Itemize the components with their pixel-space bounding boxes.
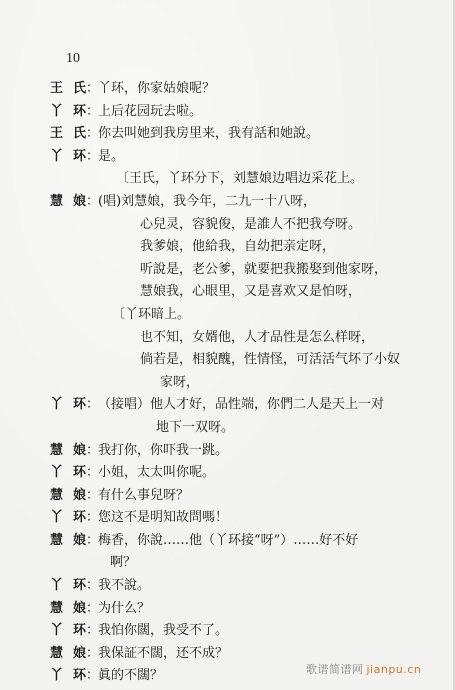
watermark: 歌谱简谱网jianpu.cn bbox=[306, 661, 421, 677]
script-line: 啊？ bbox=[0, 552, 455, 575]
speaker-char: 慧 bbox=[50, 191, 63, 214]
speaker-char: 环 bbox=[73, 394, 86, 417]
script-line: 〔丫环暗上。 bbox=[0, 304, 455, 327]
dialogue-text: 你去叫她到我房里来，我有話和她說。 bbox=[98, 123, 319, 146]
speaker-char: 氏 bbox=[73, 78, 86, 101]
dialogue-text: 是。 bbox=[98, 146, 124, 169]
dialogue-text: 我保証不闊，还不成？ bbox=[98, 643, 228, 666]
speaker-char: 娘 bbox=[73, 530, 86, 553]
script-line: 王氏：你去叫她到我房里来，我有話和她說。 bbox=[0, 123, 455, 146]
speaker-char: 王 bbox=[50, 78, 63, 101]
script-line: 心兒灵，容貌俊，是誰人不把我夸呀。 bbox=[0, 214, 455, 237]
speaker-char: 慧 bbox=[50, 530, 63, 553]
speaker-char: 氏 bbox=[73, 123, 86, 146]
verse-text: 我爹娘，他給我，自幼把亲定呀， bbox=[140, 236, 335, 259]
speaker-char: 娘 bbox=[73, 191, 86, 214]
speaker-char: 丫 bbox=[50, 665, 63, 688]
verse-text: 也不知，女婿他，人才品性是怎么样呀， bbox=[140, 327, 374, 350]
speaker-char: 慧 bbox=[50, 485, 63, 508]
script-line: 慧娘：梅香，你說……他（丫环接“呀”）……好不好 bbox=[0, 530, 455, 553]
dialogue-text: 您这不是明知故問嗎！ bbox=[98, 507, 228, 530]
page-number: 10 bbox=[66, 51, 80, 67]
script-line: 听說是，老公爹，就要把我搬娶到他家呀， bbox=[0, 259, 455, 282]
dialogue-continuation: 啊？ bbox=[110, 552, 136, 575]
dialogue-text: 我怕你闊，我受不了。 bbox=[98, 620, 228, 643]
dialogue-text: （接唱）他人才好，品性端，你們二人是天上一对 bbox=[98, 394, 384, 417]
dialogue-text: 我不說。 bbox=[98, 575, 150, 598]
script-line: 丫环：是。 bbox=[0, 146, 455, 169]
dialogue-text: (唱)刘慧娘，我今年，二九一十八呀， bbox=[98, 191, 316, 214]
speaker-char: 丫 bbox=[50, 394, 63, 417]
watermark-url: jianpu.cn bbox=[367, 663, 422, 676]
dialogue-text: 我打你，你吓我一跳。 bbox=[98, 440, 228, 463]
script-line: 倘若是，相貌醜，性情怪，可活活气坏了小奴 bbox=[0, 349, 455, 372]
stage-direction: 〔王氏，丫环分下，刘慧娘边唱边采花上。 bbox=[116, 168, 363, 191]
speaker-char: 环 bbox=[73, 665, 86, 688]
verse-text: 倘若是，相貌醜，性情怪，可活活气坏了小奴 bbox=[140, 349, 400, 372]
speaker-char: 丫 bbox=[50, 462, 63, 485]
script-line: 丫环：我怕你闊，我受不了。 bbox=[0, 620, 455, 643]
script-line: 慧娘：我打你，你吓我一跳。 bbox=[0, 440, 455, 463]
speaker-char: 丫 bbox=[50, 146, 63, 169]
speaker-char: 环 bbox=[73, 146, 86, 169]
verse-text: 慧娘我，心眼里，又是喜欢又是怕呀， bbox=[140, 281, 361, 304]
dialogue-text: 梅香，你說……他（丫环接“呀”）……好不好 bbox=[98, 530, 358, 553]
dialogue-text: 上后花园玩去啦。 bbox=[98, 101, 202, 124]
script-line: 〔王氏，丫环分下，刘慧娘边唱边采花上。 bbox=[0, 168, 455, 191]
dialogue-text: 为什么？ bbox=[98, 598, 150, 621]
script-line: 也不知，女婿他，人才品性是怎么样呀， bbox=[0, 327, 455, 350]
speaker-char: 环 bbox=[73, 101, 86, 124]
speaker-char: 丫 bbox=[50, 507, 63, 530]
script-line: 丫环：我不說。 bbox=[0, 575, 455, 598]
speaker-char: 丫 bbox=[50, 620, 63, 643]
speaker-char: 环 bbox=[73, 507, 86, 530]
speaker-char: 慧 bbox=[50, 598, 63, 621]
stage-direction: 〔丫环暗上。 bbox=[112, 304, 190, 327]
script-line: 丫环：上后花园玩去啦。 bbox=[0, 101, 455, 124]
verse-text: 听說是，老公爹，就要把我搬娶到他家呀， bbox=[140, 259, 387, 282]
dialogue-continuation: 地下一双呀。 bbox=[156, 417, 234, 440]
dialogue-text: 丫环，你家姑娘呢？ bbox=[98, 78, 215, 101]
script-line: 王氏：丫环，你家姑娘呢？ bbox=[0, 78, 455, 101]
speaker-char: 环 bbox=[73, 575, 86, 598]
dialogue-text: 小姐，太太叫你呢。 bbox=[98, 462, 215, 485]
script-line: 丫环：（接唱）他人才好，品性端，你們二人是天上一对 bbox=[0, 394, 455, 417]
script-line: 地下一双呀。 bbox=[0, 417, 455, 440]
script-line: 慧娘我，心眼里，又是喜欢又是怕呀， bbox=[0, 281, 455, 304]
speaker-char: 环 bbox=[73, 620, 86, 643]
speaker-char: 娘 bbox=[73, 598, 86, 621]
verse-continuation: 家呀， bbox=[160, 372, 199, 395]
speaker-char: 环 bbox=[73, 462, 86, 485]
speaker-char: 丫 bbox=[50, 101, 63, 124]
speaker-char: 王 bbox=[50, 123, 63, 146]
speaker-char: 娘 bbox=[73, 485, 86, 508]
speaker-char: 丫 bbox=[50, 575, 63, 598]
speaker-char: 慧 bbox=[50, 440, 63, 463]
dialogue-text: 眞的不闊？ bbox=[98, 665, 163, 688]
script-line: 丫环：您这不是明知故問嗎！ bbox=[0, 507, 455, 530]
script-body: 王氏：丫环，你家姑娘呢？丫环：上后花园玩去啦。王氏：你去叫她到我房里来，我有話和… bbox=[0, 78, 455, 688]
script-line: 我爹娘，他給我，自幼把亲定呀， bbox=[0, 236, 455, 259]
speaker-char: 娘 bbox=[73, 643, 86, 666]
script-line: 丫环：小姐，太太叫你呢。 bbox=[0, 462, 455, 485]
script-line: 慧娘：有什么事兒呀？ bbox=[0, 485, 455, 508]
dialogue-text: 有什么事兒呀？ bbox=[98, 485, 189, 508]
document-page: 10 王氏：丫环，你家姑娘呢？丫环：上后花园玩去啦。王氏：你去叫她到我房里来，我… bbox=[0, 0, 455, 690]
verse-text: 心兒灵，容貌俊，是誰人不把我夸呀。 bbox=[140, 214, 361, 237]
script-line: 慧娘：为什么？ bbox=[0, 598, 455, 621]
speaker-char: 慧 bbox=[50, 643, 63, 666]
watermark-cn: 歌谱简谱网 bbox=[306, 663, 364, 676]
script-line: 慧娘：(唱)刘慧娘，我今年，二九一十八呀， bbox=[0, 191, 455, 214]
script-line: 家呀， bbox=[0, 372, 455, 395]
speaker-char: 娘 bbox=[73, 440, 86, 463]
